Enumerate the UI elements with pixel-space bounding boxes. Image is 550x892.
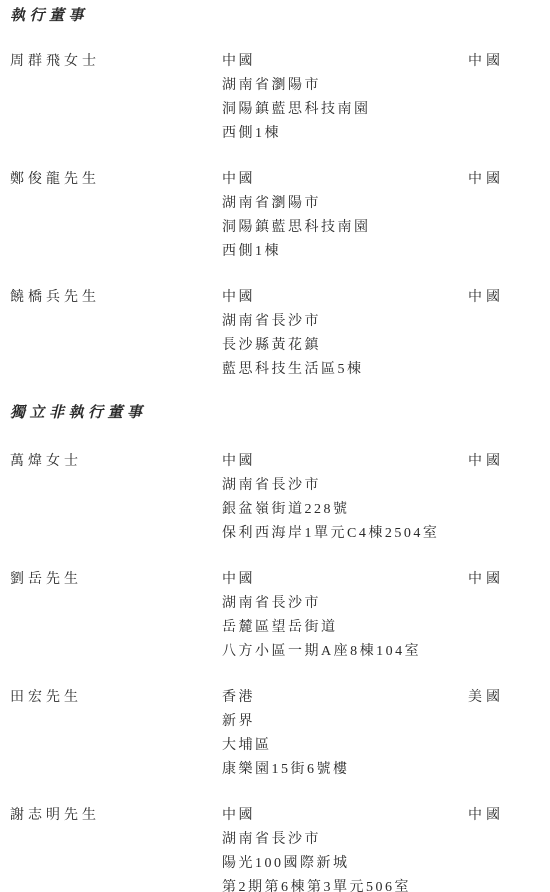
address-line: 藍思科技生活區5棟 (222, 358, 468, 382)
director-address: 中國 湖南省長沙市 長沙縣黃花鎮 藍思科技生活區5棟 (222, 286, 468, 382)
director-nationality: 中國 (468, 286, 550, 310)
address-line: 中國 (222, 50, 468, 74)
director-nationality: 中國 (468, 568, 550, 592)
director-address: 中國 湖南省長沙市 岳麓區望岳街道 八方小區一期A座8棟104室 (222, 568, 468, 664)
address-line: 中國 (222, 568, 468, 592)
director-row-rao-qiaobing: 饒橋兵先生 中國 湖南省長沙市 長沙縣黃花鎮 藍思科技生活區5棟 中國 (10, 286, 550, 382)
director-name: 饒橋兵先生 (10, 286, 222, 310)
director-name: 鄭俊龍先生 (10, 168, 222, 192)
director-name: 劉岳先生 (10, 568, 222, 592)
director-name: 萬煒女士 (10, 450, 222, 474)
director-address: 中國 湖南省長沙市 銀盆嶺街道228號 保利西海岸1單元C4棟2504室 (222, 450, 468, 546)
address-line: 湖南省長沙市 (222, 474, 468, 498)
address-line: 康樂園15街6號樓 (222, 758, 468, 782)
director-row-tian-hong: 田宏先生 香港 新界 大埔區 康樂園15街6號樓 美國 (10, 686, 550, 782)
address-line: 湖南省瀏陽市 (222, 74, 468, 98)
address-line: 銀盆嶺街道228號 (222, 498, 468, 522)
address-line: 中國 (222, 450, 468, 474)
address-line: 西側1棟 (222, 240, 468, 264)
director-name: 謝志明先生 (10, 804, 222, 828)
director-name: 周群飛女士 (10, 50, 222, 74)
address-line: 八方小區一期A座8棟104室 (222, 640, 468, 664)
address-line: 香港 (222, 686, 468, 710)
address-line: 西側1棟 (222, 122, 468, 146)
address-line: 中國 (222, 168, 468, 192)
address-line: 湖南省瀏陽市 (222, 192, 468, 216)
address-line: 洞陽鎮藍思科技南園 (222, 98, 468, 122)
director-nationality: 中國 (468, 804, 550, 828)
director-nationality: 美國 (468, 686, 550, 710)
address-line: 湖南省長沙市 (222, 310, 468, 334)
directors-page: 執行董事 周群飛女士 中國 湖南省瀏陽市 洞陽鎮藍思科技南園 西側1棟 中國 鄭… (0, 0, 550, 892)
section-independent-non-executive-directors: 獨立非執行董事 萬煒女士 中國 湖南省長沙市 銀盆嶺街道228號 保利西海岸1單… (10, 404, 550, 892)
director-address: 香港 新界 大埔區 康樂園15街6號樓 (222, 686, 468, 782)
address-line: 保利西海岸1單元C4棟2504室 (222, 522, 468, 546)
director-name: 田宏先生 (10, 686, 222, 710)
address-line: 湖南省長沙市 (222, 592, 468, 616)
director-row-xie-zhiming: 謝志明先生 中國 湖南省長沙市 陽光100國際新城 第2期第6棟第3單元506室… (10, 804, 550, 892)
director-row-zheng-junlong: 鄭俊龍先生 中國 湖南省瀏陽市 洞陽鎮藍思科技南園 西側1棟 中國 (10, 168, 550, 264)
address-line: 大埔區 (222, 734, 468, 758)
director-nationality: 中國 (468, 168, 550, 192)
address-line: 第2期第6棟第3單元506室 (222, 876, 468, 892)
director-address: 中國 湖南省瀏陽市 洞陽鎮藍思科技南園 西側1棟 (222, 50, 468, 146)
director-nationality: 中國 (468, 50, 550, 74)
address-line: 陽光100國際新城 (222, 852, 468, 876)
director-address: 中國 湖南省長沙市 陽光100國際新城 第2期第6棟第3單元506室 (222, 804, 468, 892)
address-line: 新界 (222, 710, 468, 734)
address-line: 中國 (222, 804, 468, 828)
director-row-zhou-qunfei: 周群飛女士 中國 湖南省瀏陽市 洞陽鎮藍思科技南園 西側1棟 中國 (10, 50, 550, 146)
section-title-executive-directors: 執行董事 (10, 7, 550, 25)
address-line: 洞陽鎮藍思科技南園 (222, 216, 468, 240)
address-line: 長沙縣黃花鎮 (222, 334, 468, 358)
section-executive-directors: 執行董事 周群飛女士 中國 湖南省瀏陽市 洞陽鎮藍思科技南園 西側1棟 中國 鄭… (10, 7, 550, 382)
director-row-wan-wei: 萬煒女士 中國 湖南省長沙市 銀盆嶺街道228號 保利西海岸1單元C4棟2504… (10, 450, 550, 546)
address-line: 中國 (222, 286, 468, 310)
address-line: 湖南省長沙市 (222, 828, 468, 852)
address-line: 岳麓區望岳街道 (222, 616, 468, 640)
director-address: 中國 湖南省瀏陽市 洞陽鎮藍思科技南園 西側1棟 (222, 168, 468, 264)
section-title-independent-non-executive-directors: 獨立非執行董事 (10, 404, 550, 422)
director-row-liu-yue: 劉岳先生 中國 湖南省長沙市 岳麓區望岳街道 八方小區一期A座8棟104室 中國 (10, 568, 550, 664)
director-nationality: 中國 (468, 450, 550, 474)
